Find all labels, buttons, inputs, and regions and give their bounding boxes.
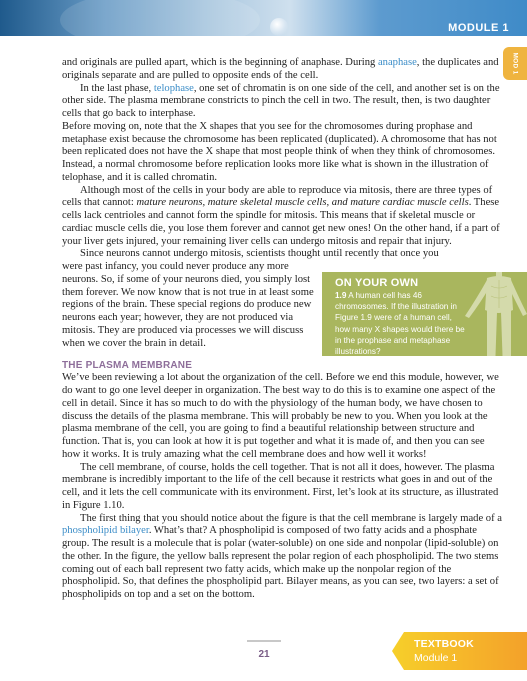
module-side-tab-label: MOD 1 xyxy=(512,52,519,74)
paragraph-x-shapes: Before moving on, note that the X shapes… xyxy=(62,121,502,185)
on-your-own-title: ON YOUR OWN xyxy=(335,277,418,289)
question-number: 1.9 xyxy=(335,291,346,300)
badge-title: TEXTBOOK xyxy=(414,638,474,650)
page-number: 21 xyxy=(247,649,281,660)
paragraph-cell-membrane-role: The cell membrane, of course, holds the … xyxy=(62,462,502,513)
glossary-link-phospholipid-bilayer[interactable]: phospholipid bilayer xyxy=(62,525,149,536)
section-heading-plasma-membrane: THE PLASMA MEMBRANE xyxy=(62,360,502,372)
on-your-own-question: 1.9 A human cell has 46 chromosomes. If … xyxy=(335,290,465,356)
human-body-illustration-icon xyxy=(463,272,527,356)
paragraph-neurons-line1: Since neurons cannot undergo mitosis, sc… xyxy=(62,248,502,261)
paragraph-plasma-intro: We’ve been reviewing a lot about the org… xyxy=(62,372,502,461)
badge-subtitle: Module 1 xyxy=(414,652,457,664)
glossary-link-anaphase[interactable]: anaphase xyxy=(378,57,417,68)
textbook-module-badge[interactable]: TEXTBOOK Module 1 xyxy=(392,632,527,670)
header-banner: MODULE 1 xyxy=(0,0,527,36)
on-your-own-box: ON YOUR OWN 1.9 A human cell has 46 chro… xyxy=(322,272,527,356)
paragraph-telophase: In the last phase, telophase, one set of… xyxy=(62,83,502,121)
page-number-divider xyxy=(247,640,281,642)
paragraph-neurons-rest: were past infancy, you could never produ… xyxy=(62,261,322,350)
glossary-link-telophase[interactable]: telophase xyxy=(154,83,194,94)
emphasis-cell-types: mature neurons, mature skeletal muscle c… xyxy=(136,197,468,208)
paragraph-mitosis-exceptions: Although most of the cells in your body … xyxy=(62,185,502,249)
banner-decoration xyxy=(60,0,260,36)
paragraph-anaphase: and originals are pulled apart, which is… xyxy=(62,57,502,83)
module-label: MODULE 1 xyxy=(448,22,509,34)
banner-sphere-decoration xyxy=(270,18,288,36)
module-side-tab[interactable]: MOD 1 xyxy=(503,47,527,80)
paragraph-phospholipid: The first thing that you should notice a… xyxy=(62,513,502,602)
